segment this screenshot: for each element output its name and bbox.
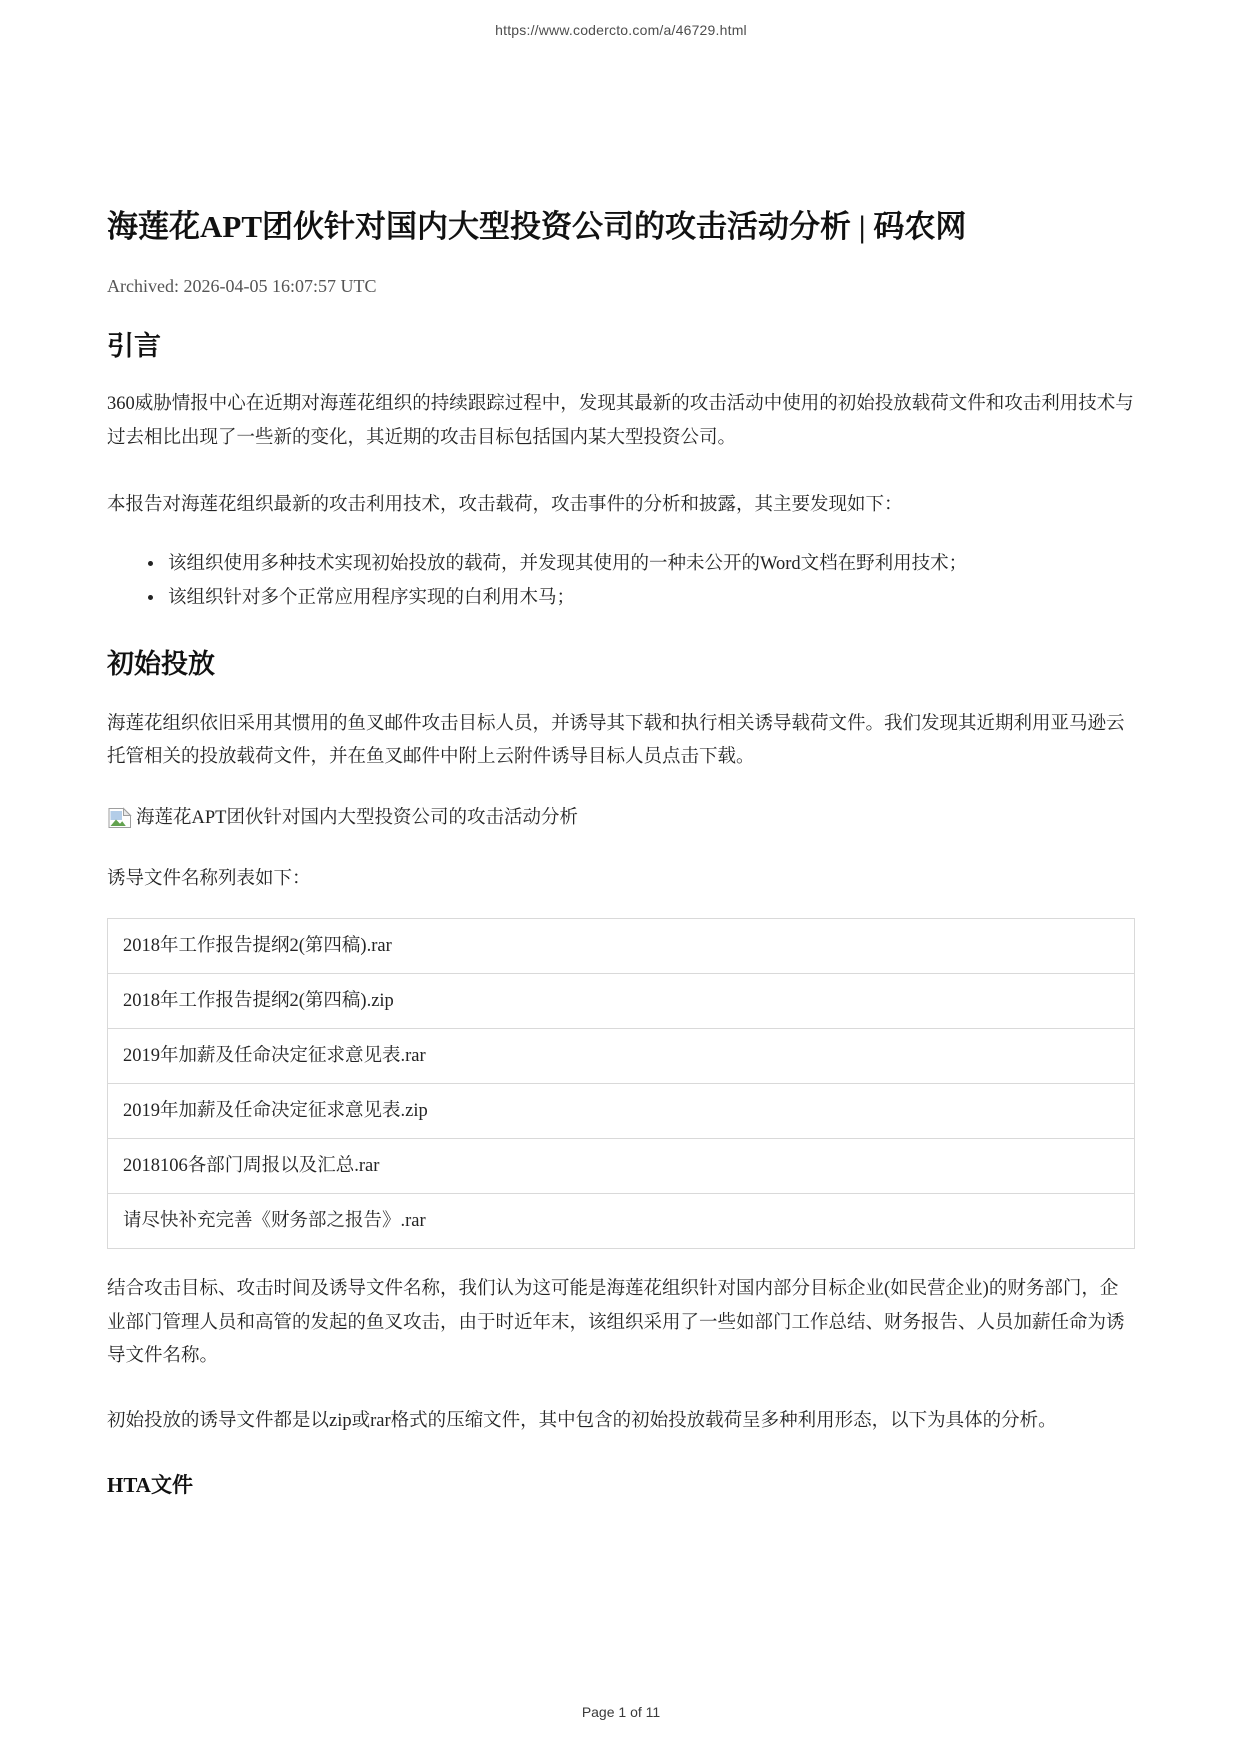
- lure-file-name: 2018106各部门周报以及汇总.rar: [108, 1139, 1135, 1194]
- lure-file-name: 2019年加薪及任命决定征求意见表.rar: [108, 1029, 1135, 1084]
- archive-source-url: https://www.codercto.com/a/46729.html: [107, 22, 1135, 38]
- lure-file-row: 2018年工作报告提纲2(第四稿).zip: [108, 974, 1135, 1029]
- broken-image-placeholder: 海莲花APT团伙针对国内大型投资公司的攻击活动分析: [107, 803, 1135, 833]
- initial-drop-paragraph: 海莲花组织依旧采用其惯用的鱼叉邮件攻击目标人员，并诱导其下载和执行相关诱导载荷文…: [107, 708, 1135, 775]
- page-number-indicator: Page 1 of 11: [0, 1704, 1242, 1720]
- intro-paragraph-1: 360威胁情报中心在近期对海莲花组织的持续跟踪过程中，发现其最新的攻击活动中使用…: [107, 388, 1135, 455]
- lure-file-row: 2018106各部门周报以及汇总.rar: [108, 1139, 1135, 1194]
- page-title: 海莲花APT团伙针对国内大型投资公司的攻击活动分析 | 码农网: [107, 206, 1135, 248]
- lure-file-row: 2018年工作报告提纲2(第四稿).rar: [108, 919, 1135, 974]
- findings-list-item: 该组织针对多个正常应用程序实现的白利用木马；: [165, 581, 1135, 615]
- findings-list: 该组织使用多种技术实现初始投放的载荷，并发现其使用的一种未公开的Word文档在野…: [107, 547, 1135, 615]
- lure-file-row: 2019年加薪及任命决定征求意见表.zip: [108, 1084, 1135, 1139]
- findings-list-item: 该组织使用多种技术实现初始投放的载荷，并发现其使用的一种未公开的Word文档在野…: [165, 547, 1135, 581]
- intro-paragraph-2: 本报告对海莲花组织最新的攻击利用技术，攻击载荷，攻击事件的分析和披露，其主要发现…: [107, 489, 1135, 523]
- lure-file-name: 2018年工作报告提纲2(第四稿).zip: [108, 974, 1135, 1029]
- section-heading-hta: HTA文件: [107, 1472, 1135, 1498]
- lure-file-name: 请尽快补充完善《财务部之报告》.rar: [108, 1194, 1135, 1249]
- lure-file-name: 2019年加薪及任命决定征求意见表.zip: [108, 1084, 1135, 1139]
- lure-file-row: 2019年加薪及任命决定征求意见表.rar: [108, 1029, 1135, 1084]
- section-heading-initial-drop: 初始投放: [107, 646, 1135, 682]
- lure-file-row: 请尽快补充完善《财务部之报告》.rar: [108, 1194, 1135, 1249]
- archived-timestamp: Archived: 2026-04-05 16:07:57 UTC: [107, 276, 1135, 297]
- lure-file-table: 2018年工作报告提纲2(第四稿).rar 2018年工作报告提纲2(第四稿).…: [107, 918, 1135, 1249]
- document-page: https://www.codercto.com/a/46729.html 海莲…: [0, 0, 1242, 1756]
- page-content: https://www.codercto.com/a/46729.html 海莲…: [0, 0, 1242, 1498]
- broken-image-icon: [107, 803, 133, 833]
- analysis-paragraph-1: 结合攻击目标、攻击时间及诱导文件名称，我们认为这可能是海莲花组织针对国内部分目标…: [107, 1273, 1135, 1374]
- analysis-paragraph-2: 初始投放的诱导文件都是以zip或rar格式的压缩文件，其中包含的初始投放载荷呈多…: [107, 1405, 1135, 1439]
- lure-list-intro: 诱导文件名称列表如下：: [107, 863, 1135, 897]
- section-heading-intro: 引言: [107, 328, 1135, 364]
- image-alt-text: 海莲花APT团伙针对国内大型投资公司的攻击活动分析: [136, 803, 578, 833]
- lure-file-name: 2018年工作报告提纲2(第四稿).rar: [108, 919, 1135, 974]
